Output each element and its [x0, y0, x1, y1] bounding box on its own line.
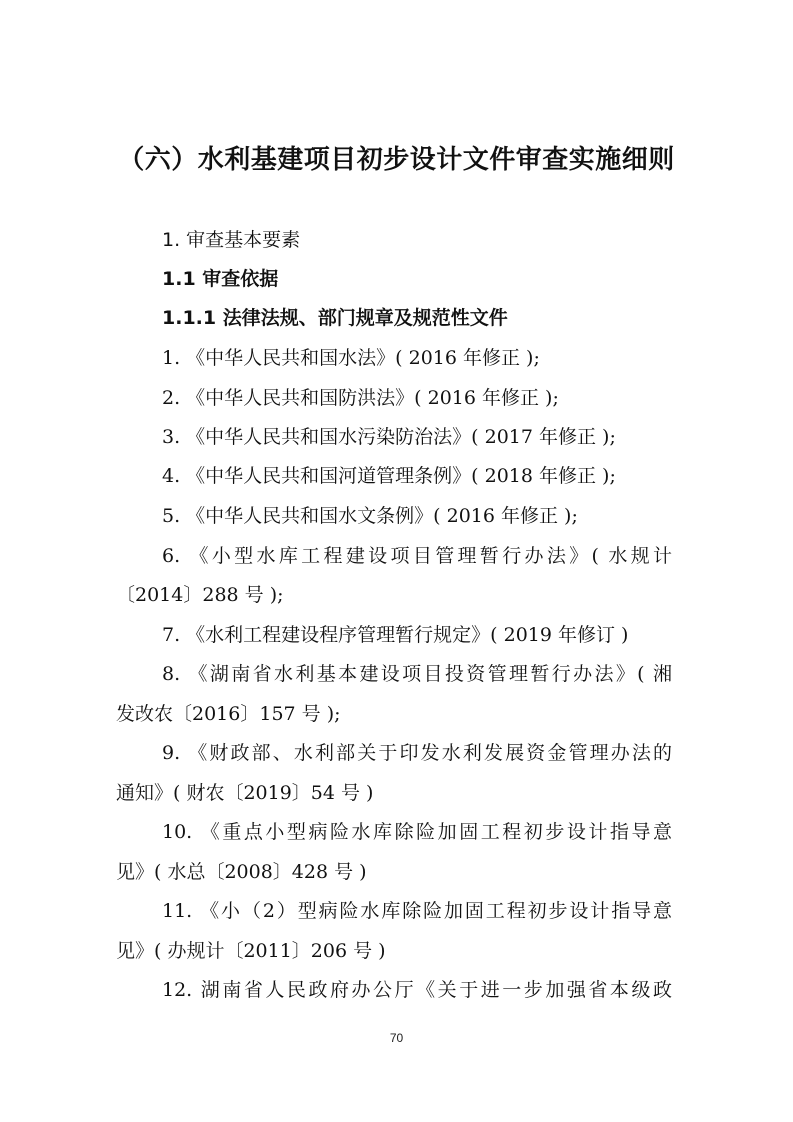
list-item-1: 1. 《中华人民共和国水法》( 2016 年修正 );	[162, 346, 722, 370]
list-item-10: 10. 《重点小型病险水库除险加固工程初步设计指导意	[162, 820, 672, 844]
section-heading-1: 1. 审查基本要素	[162, 228, 722, 252]
list-item-10-cont: 见》( 水总〔2008〕428 号 )	[116, 860, 676, 884]
section-heading-1-1-1: 1.1.1 法律法规、部门规章及规范性文件	[162, 306, 722, 330]
list-item-9-cont: 通知》( 财农〔2019〕54 号 )	[116, 781, 676, 805]
list-item-9: 9. 《财政部、水利部关于印发水利发展资金管理办法的	[162, 741, 672, 765]
document-title: （六）水利基建项目初步设计文件审查实施细则	[0, 140, 793, 180]
list-item-6-cont: 〔2014〕288 号 );	[116, 583, 676, 607]
list-item-5: 5. 《中华人民共和国水文条例》( 2016 年修正 );	[162, 504, 722, 528]
list-item-2: 2. 《中华人民共和国防洪法》( 2016 年修正 );	[162, 386, 722, 410]
list-item-4: 4. 《中华人民共和国河道管理条例》( 2018 年修正 );	[162, 464, 722, 488]
list-item-3: 3. 《中华人民共和国水污染防治法》( 2017 年修正 );	[162, 425, 722, 449]
list-item-11-cont: 见》( 办规计〔2011〕206 号 )	[116, 939, 676, 963]
list-item-8-cont: 发改农〔2016〕157 号 );	[116, 702, 676, 726]
list-item-7: 7. 《水利工程建设程序管理暂行规定》( 2019 年修订 )	[162, 623, 722, 647]
page-number: 70	[0, 1031, 793, 1045]
section-heading-1-1: 1.1 审查依据	[162, 267, 722, 291]
document-page: （六）水利基建项目初步设计文件审查实施细则 1. 审查基本要素 1.1 审查依据…	[0, 0, 793, 1122]
list-item-6: 6. 《小型水库工程建设项目管理暂行办法》( 水规计	[162, 544, 672, 568]
list-item-11: 11. 《小（2）型病险水库除险加固工程初步设计指导意	[162, 899, 672, 923]
list-item-12: 12. 湖南省人民政府办公厅《关于进一步加强省本级政	[162, 978, 672, 1002]
list-item-8: 8. 《湖南省水利基本建设项目投资管理暂行办法》( 湘	[162, 662, 672, 686]
